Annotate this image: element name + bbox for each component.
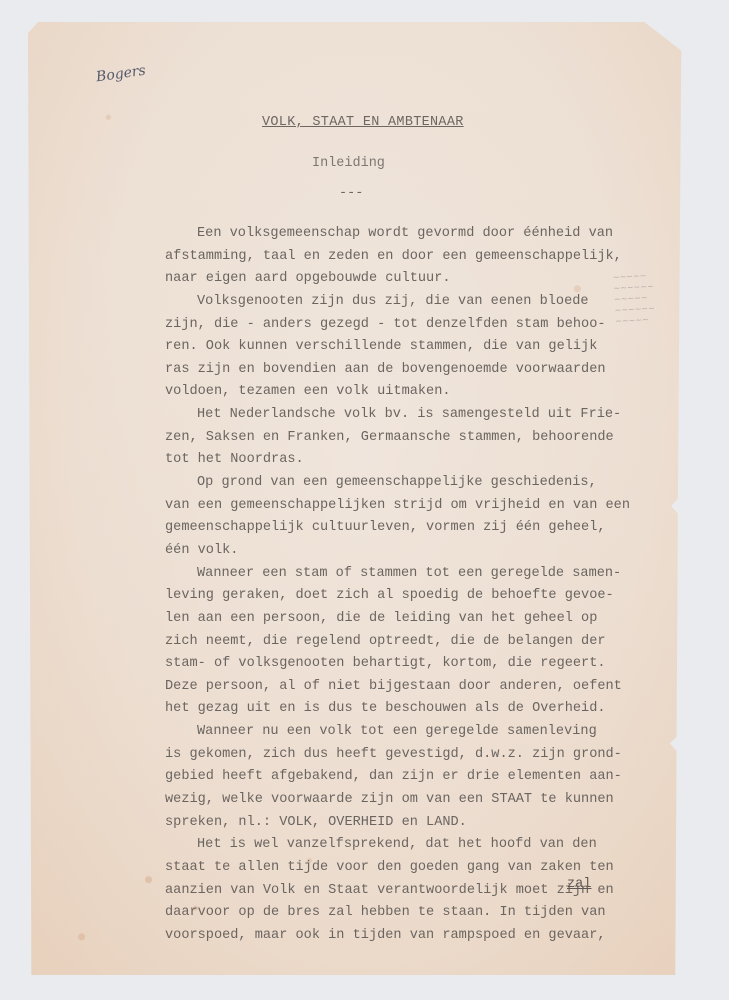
body-text: Een volksgemeenschap wordt gevormd door … <box>165 223 635 948</box>
text-line: voorspoed, maar ook in tijden van rampsp… <box>165 925 635 948</box>
text-line: ren. Ook kunnen verschillende stammen, d… <box>165 336 635 359</box>
text-line: len aan een persoon, die de leiding van … <box>165 608 635 631</box>
text-line: van een gemeenschappelijken strijd om vr… <box>165 495 635 518</box>
text-line: Deze persoon, al of niet bijgestaan door… <box>165 676 635 699</box>
text-line: ras zijn en bovendien aan de bovengenoem… <box>165 359 635 382</box>
text-line: één volk. <box>165 540 635 563</box>
text-line: Volksgenooten zijn dus zij, die van eene… <box>165 291 635 314</box>
text-line: gebied heeft afgebakend, dan zijn er dri… <box>165 766 635 789</box>
text-line: afstamming, taal en zeden en door een ge… <box>165 246 635 269</box>
text-line: tot het Noordras. <box>165 449 635 472</box>
text-line: Op grond van een gemeenschappelijke gesc… <box>165 472 635 495</box>
text-line: daarvoor op de bres zal hebben te staan.… <box>165 902 635 925</box>
catchword: zal <box>567 877 591 892</box>
text-line: zen, Saksen en Franken, Germaansche stam… <box>165 427 635 450</box>
text-line: Het Nederlandsche volk bv. is samengeste… <box>165 404 635 427</box>
text-line: spreken, nl.: VOLK, OVERHEID en LAND. <box>165 812 635 835</box>
text-line: naar eigen aard opgebouwde cultuur. <box>165 268 635 291</box>
text-line: voldoen, tezamen een volk uitmaken. <box>165 381 635 404</box>
heading-separator: --- <box>339 186 363 201</box>
text-line: zijn, die - anders gezegd - tot denzelfd… <box>165 314 635 337</box>
text-line: Wanneer een stam of stammen tot een gere… <box>165 563 635 586</box>
text-line: stam- of volksgenooten behartigt, kortom… <box>165 653 635 676</box>
text-line: Het is wel vanzelfsprekend, dat het hoof… <box>165 834 635 857</box>
text-line: zich neemt, die regelend optreedt, die d… <box>165 631 635 654</box>
section-heading: Inleiding <box>312 156 385 171</box>
text-line: wezig, welke voorwaarde zijn om van een … <box>165 789 635 812</box>
text-line: gemeenschappelijk cultuurleven, vormen z… <box>165 517 635 540</box>
text-line: Een volksgemeenschap wordt gevormd door … <box>165 223 635 246</box>
text-line: staat te allen tijde voor den goeden gan… <box>165 857 635 880</box>
document-title: VOLK, STAAT EN AMBTENAAR <box>262 115 464 130</box>
text-line: leving geraken, doet zich al spoedig de … <box>165 585 635 608</box>
text-line: aanzien van Volk en Staat verantwoordeli… <box>165 880 635 903</box>
text-line: is gekomen, zich dus heeft gevestigd, d.… <box>165 744 635 767</box>
text-line: Wanneer nu een volk tot een geregelde sa… <box>165 721 635 744</box>
text-line: het gezag uit en is dus te beschouwen al… <box>165 698 635 721</box>
